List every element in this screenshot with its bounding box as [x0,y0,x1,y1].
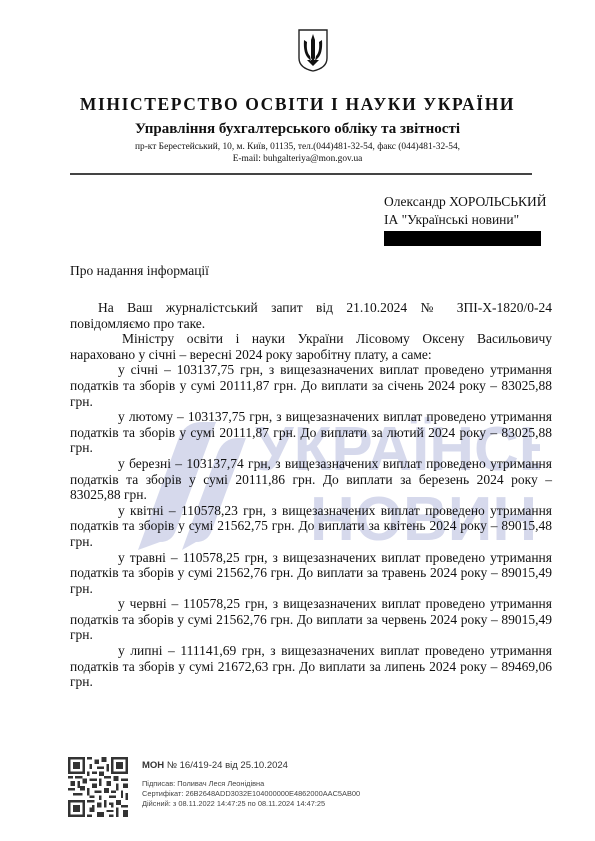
certificate: Сертифікат: 26B2648ADD3032E104000000E486… [142,789,360,799]
e-signature-stamp: МОН № 16/419-24 від 25.10.2024 Підписав:… [142,760,360,809]
intro-paragraph: На Ваш журналістський запит від 21.10.20… [70,300,552,331]
ministry-title: МІНІСТЕРСТВО ОСВІТИ І НАУКИ УКРАЇНИ [0,94,595,115]
letter-body: На Ваш журналістський запит від 21.10.20… [70,300,552,690]
salary-item-april: у квітні – 110578,23 грн, з вищезазначен… [70,503,552,550]
statement-paragraph: Міністру освіти і науки України Лісовому… [70,331,552,362]
salary-item-july: у липні – 111141,69 грн, з вищезазначени… [70,643,552,690]
salary-item-january: у січні – 103137,75 грн, з вищезазначени… [70,362,552,409]
department-title: Управління бухгалтерського обліку та зві… [0,121,595,138]
document-number-value: № 16/419-24 від 25.10.2024 [167,760,288,771]
recipient-block: Олександр ХОРОЛЬСЬКИЙ ІА "Українські нов… [384,193,546,229]
validity-period: Дійсний: з 08.11.2022 14:47:25 по 08.11.… [142,799,360,809]
address-line: пр-кт Берестейський, 10, м. Київ, 01135,… [0,141,595,153]
subject-line: Про надання інформації [70,263,209,279]
signed-by: Підписав: Поливач Леся Леонідівна [142,779,360,789]
document-prefix: МОН [142,760,164,771]
recipient-name: Олександр ХОРОЛЬСЬКИЙ [384,193,546,211]
trident-emblem-icon [297,28,329,72]
qr-code[interactable] [68,757,128,817]
salary-item-february: у лютому – 103137,75 грн, з вищезазначен… [70,409,552,456]
redacted-address [384,231,541,246]
recipient-organization: ІА "Українські новини" [384,211,546,229]
header-divider [70,173,532,175]
salary-item-march: у березні – 103137,74 грн, з вищезазначе… [70,456,552,503]
address-block: пр-кт Берестейський, 10, м. Київ, 01135,… [0,141,595,165]
document-number: МОН № 16/419-24 від 25.10.2024 [142,760,360,771]
salary-item-june: у червні – 110578,25 грн, з вищезазначен… [70,596,552,643]
email-line: E-mail: buhgalteriya@mon.gov.ua [0,153,595,165]
salary-item-may: у травні – 110578,25 грн, з вищезазначен… [70,550,552,597]
signature-meta: Підписав: Поливач Леся Леонідівна Сертиф… [142,779,360,809]
